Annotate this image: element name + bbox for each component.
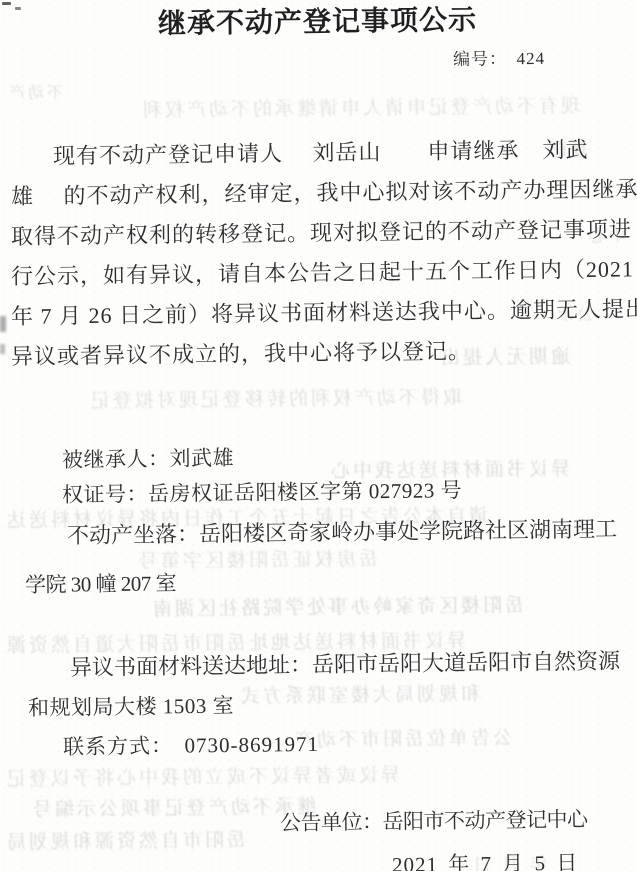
scanned-notice-page: { "notice": { "title": "继承不动产登记事项公示", "d… <box>0 0 637 871</box>
issuer-line: 公告单位：岳阳市不动产登记中心 <box>280 803 588 837</box>
property-location-line-2: 学院 30 幢 207 室 <box>25 567 176 599</box>
scan-speck <box>2 2 11 5</box>
objection-address-line-2: 和规划局大楼 1503 室 <box>28 689 234 722</box>
bleed-through-text: 和规划局大楼室联系方式 <box>238 679 480 709</box>
bleed-through-text: 继承不动产登记事项公示编号 <box>30 792 316 822</box>
bleed-through-text: 现有不动产登记申请人申请继承的不动产权利 <box>140 91 580 123</box>
scan-edge-smudge <box>0 316 6 332</box>
date-line: 2021 年 7 月 5 日 <box>392 847 579 871</box>
body-line: 异议或者异议不成立的，我中心将予以登记。 <box>11 329 633 377</box>
doc-number: 编号： 424 <box>453 44 545 70</box>
scan-edge-smudge <box>0 344 5 354</box>
contact-line: 联系方式： 0730-8691971 <box>63 728 319 761</box>
property-location-line-1: 不动产坐落：岳阳楼区奇家岭办事处学院路社区湖南理工 <box>67 512 617 550</box>
bleed-through-text: 不动产 <box>6 80 63 104</box>
bleed-through-text: 取得不动产权利的转移登记现对拟登记 <box>88 382 462 413</box>
notice-title: 继承不动产登记事项公示 <box>158 0 477 42</box>
bleed-through-text: 异议或者异议不成立的我中心将予以登记 <box>4 760 400 791</box>
bleed-through-text: 岳阳市自然资源和规划局 <box>4 825 246 855</box>
cert-number-line: 权证号：岳房权证岳阳楼区字第 027923 号 <box>62 474 462 509</box>
objection-address-line-1: 异议书面材料送达地址：岳阳市岳阳大道岳阳市自然资源 <box>70 644 620 682</box>
bleed-through-text: 公告单位岳阳市不动产 <box>292 723 512 752</box>
heir-line: 被继承人：刘武雄 <box>62 442 234 474</box>
scan-speck <box>15 7 21 10</box>
body-paragraph: 现有不动产登记申请人 刘岳山 申请继承 刘武 雄 的不动产权利，经审定，我中心拟… <box>11 137 633 377</box>
notice-sheet: 不动产 现有不动产登记申请人申请继承的不动产权利 登记 中心 公示 逾期无人提出… <box>0 0 637 871</box>
bleed-through-text: 岳阳楼区奇家岭办事处学院路社区湖南 <box>150 590 524 621</box>
